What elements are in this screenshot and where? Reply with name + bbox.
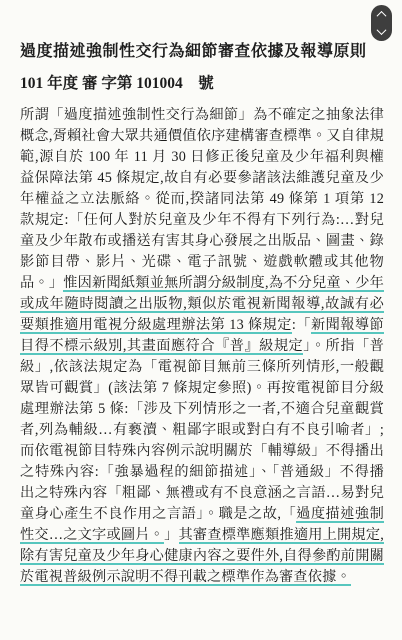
highlighted-text-segment: 除有害兒童及少年身心健康內容之要件外,	[20, 548, 283, 565]
scroll-up-button[interactable]	[371, 6, 392, 22]
scroll-control	[371, 5, 392, 41]
page-title: 過度描述強制性交行為細節審查依據及報導原則	[20, 42, 384, 61]
chevron-up-icon	[377, 11, 387, 21]
scroll-down-button[interactable]	[371, 24, 392, 40]
body-text-segment: 」	[164, 527, 178, 543]
body-text-segment: 所謂「過度描述強制性交行為細節」為不確定之抽象法律概念,胥賴社會大眾共通價值依序…	[20, 107, 384, 291]
chevron-down-icon	[377, 25, 387, 35]
document-page: 過度描述強制性交行為細節審查依據及報導原則 101 年度 審 字第 101004…	[0, 0, 402, 640]
body-text-segment: :「	[292, 317, 311, 333]
body-text-segment: 」。所指「普級」,依該法規定為「電視節目無前三條所列情形,一般觀眾皆可觀賞」(該…	[20, 338, 384, 522]
document-body-text: 所謂「過度描述強制性交行為細節」為不確定之抽象法律概念,胥賴社會大眾共通價值依序…	[20, 105, 384, 588]
highlighted-text-segment: 其審查標準應類推適用上開規定,	[179, 527, 384, 544]
case-number: 101 年度 審 字第 101004 號	[20, 74, 384, 93]
document-content: 過度描述強制性交行為細節審查依據及報導原則 101 年度 審 字第 101004…	[0, 0, 402, 588]
document-viewer: { "colors": { "background": "#fbfbf8", "…	[0, 0, 402, 640]
